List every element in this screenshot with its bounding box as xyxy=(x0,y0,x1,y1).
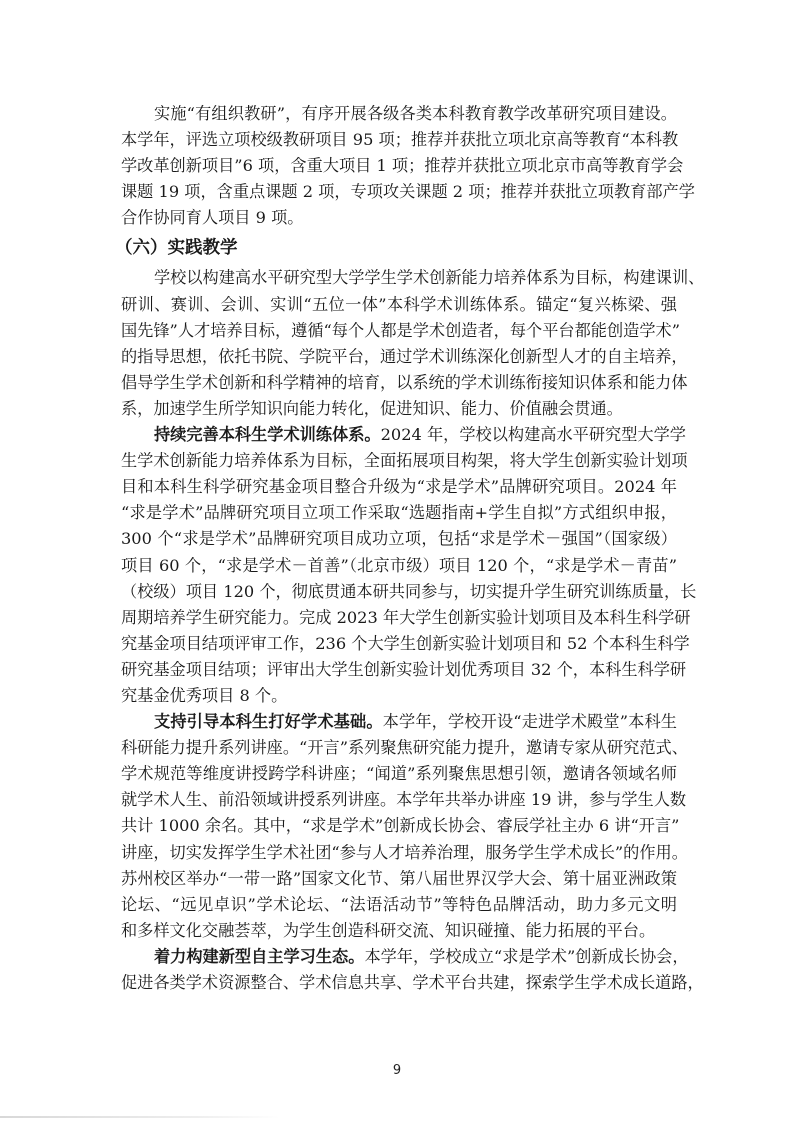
text-run: 2024 年，学校以构建高水平研究型大学学 xyxy=(381,425,686,444)
text-line: 究基金项目结项评审工作，236 个大学生创新实验计划项目和 52 个本科生科学 xyxy=(121,631,677,657)
text-line: 实施“有组织教研”，有序开展各级各类本科教育教学改革研究项目建设。 xyxy=(121,101,677,127)
text-line: 300 个“求是学术”品牌研究项目成功立项，包括“求是学术－强国”（国家级） xyxy=(121,526,677,552)
text-line: 讲座，切实发挥学生学术社团“参与人才培养治理，服务学生学术成长”的作用。 xyxy=(121,840,677,866)
text-line: “求是学术”品牌研究项目立项工作采取“选题指南+学生自拟”方式组织申报， xyxy=(121,500,677,526)
text-line: 支持引导本科生打好学术基础。本学年，学校开设“走进学术殿堂”本科生 xyxy=(121,709,677,735)
body-text: 实施“有组织教研”，有序开展各级各类本科教育教学改革研究项目建设。 本学年，评选… xyxy=(121,101,677,996)
paragraph-practice-intro: 学校以构建高水平研究型大学学生学术创新能力培养体系为目标，构建课训、 研训、赛训… xyxy=(121,265,677,422)
paragraph-training-system: 持续完善本科生学术训练体系。2024 年，学校以构建高水平研究型大学学 生学术创… xyxy=(121,422,677,709)
section-heading: （六）实践教学 xyxy=(115,232,677,265)
text-line: 苏州校区举办“一带一路”国家文化节、第八届世界汉学大会、第十届亚洲政策 xyxy=(121,866,677,892)
text-line: 持续完善本科生学术训练体系。2024 年，学校以构建高水平研究型大学学 xyxy=(121,422,677,448)
paragraph-academic-foundation: 支持引导本科生打好学术基础。本学年，学校开设“走进学术殿堂”本科生 科研能力提升… xyxy=(121,709,677,944)
document-page: 实施“有组织教研”，有序开展各级各类本科教育教学改革研究项目建设。 本学年，评选… xyxy=(0,0,794,1122)
paragraph-lead: 持续完善本科生学术训练体系。 xyxy=(154,425,381,444)
text-line: 学术规范等维度讲授跨学科讲座；“闻道”系列聚焦思想引领，邀请各领域名师 xyxy=(121,761,677,787)
text-line: 学校以构建高水平研究型大学学生学术创新能力培养体系为目标，构建课训、 xyxy=(121,265,677,291)
text-line: 国先锋”人才培养目标，遵循“每个人都是学术创造者，每个平台都能创造学术” xyxy=(121,318,677,344)
text-line: 论坛、“远见卓识”学术论坛、“法语活动节”等特色品牌活动，助力多元文明 xyxy=(121,892,677,918)
text-line: 系，加速学生所学知识向能力转化，促进知识、能力、价值融会贯通。 xyxy=(121,396,677,422)
text-line: 倡导学生学术创新和科学精神的培育，以系统的学术训练衔接知识体系和能力体 xyxy=(121,370,677,396)
text-run: 本学年，学校开设“走进学术殿堂”本科生 xyxy=(383,712,677,731)
text-line: 合作协同育人项目 9 项。 xyxy=(121,205,677,231)
paragraph-lead: 支持引导本科生打好学术基础。 xyxy=(154,712,383,731)
text-line: 究基金优秀项目 8 个。 xyxy=(121,683,677,709)
text-run: 本学年，学校成立“求是学术”创新成长协会， xyxy=(364,947,688,966)
text-line: 本学年，评选立项校级教研项目 95 项；推荐并获批立项北京高等教育“本科教 xyxy=(121,127,677,153)
text-line: 和多样文化交融荟萃，为学生创造科研交流、知识碰撞、能力拓展的平台。 xyxy=(121,918,677,944)
text-line: 周期培养学生研究能力。完成 2023 年大学生创新实验计划项目及本科生科学研 xyxy=(121,605,677,631)
text-line: 学改革创新项目”6 项，含重大项目 1 项；推荐并获批立项北京市高等教育学会 xyxy=(121,153,677,179)
text-line: 着力构建新型自主学习生态。本学年，学校成立“求是学术”创新成长协会， xyxy=(121,944,677,970)
page-number: 9 xyxy=(0,1063,794,1078)
text-line: 共计 1000 余名。其中，“求是学术”创新成长协会、睿辰学社主办 6 讲“开言… xyxy=(121,813,677,839)
scan-edge-divider xyxy=(0,1116,280,1118)
text-line: 项目 60 个，“求是学术－首善”（北京市级）项目 120 个，“求是学术－青苗… xyxy=(121,553,677,579)
text-line: 生学术创新能力培养体系为目标，全面拓展项目构架，将大学生创新实验计划项 xyxy=(121,448,677,474)
paragraph-teaching-research: 实施“有组织教研”，有序开展各级各类本科教育教学改革研究项目建设。 本学年，评选… xyxy=(121,101,677,231)
text-line: 科研能力提升系列讲座。“开言”系列聚焦研究能力提升，邀请专家从研究范式、 xyxy=(121,735,677,761)
paragraph-learning-ecosystem: 着力构建新型自主学习生态。本学年，学校成立“求是学术”创新成长协会， 促进各类学… xyxy=(121,944,677,996)
text-line: 课题 19 项，含重点课题 2 项，专项攻关课题 2 项；推荐并获批立项教育部产… xyxy=(121,179,677,205)
text-line: 就学术人生、前沿领域讲授系列讲座。本学年共举办讲座 19 讲，参与学生人数 xyxy=(121,787,677,813)
text-line: 的指导思想，依托书院、学院平台，通过学术训练深化创新型人才的自主培养， xyxy=(121,344,677,370)
text-line: 研究基金项目结项；评审出大学生创新实验计划优秀项目 32 个，本科生科学研 xyxy=(121,657,677,683)
text-line: （校级）项目 120 个，彻底贯通本研共同参与，切实提升学生研究训练质量，长 xyxy=(121,579,677,605)
paragraph-lead: 着力构建新型自主学习生态。 xyxy=(154,947,364,966)
text-line: 促进各类学术资源整合、学术信息共享、学术平台共建，探索学生学术成长道路， xyxy=(121,970,677,996)
text-line: 目和本科生科学研究基金项目整合升级为“求是学术”品牌研究项目。2024 年 xyxy=(121,474,677,500)
text-line: 研训、赛训、会训、实训“五位一体”本科学术训练体系。锚定“复兴栋梁、强 xyxy=(121,292,677,318)
